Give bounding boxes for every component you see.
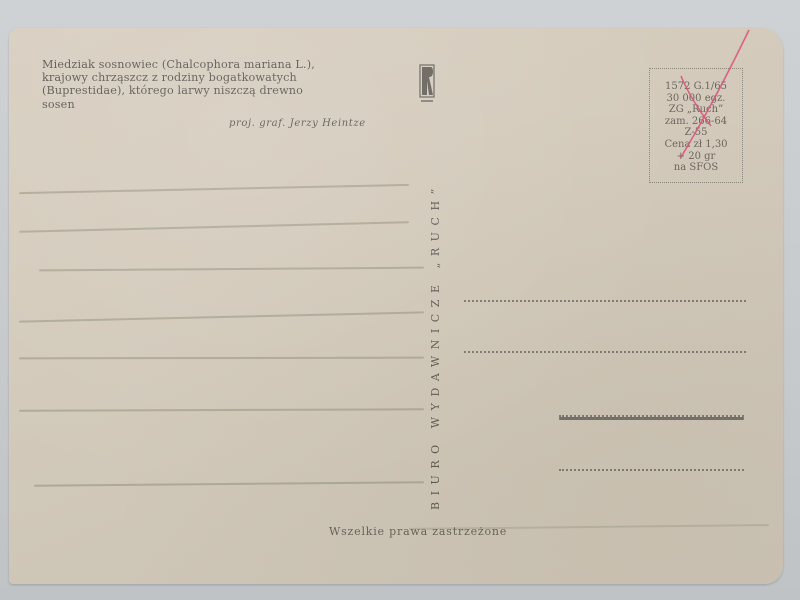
rights-notice: Wszelkie prawa zastrzeżone: [329, 525, 507, 538]
address-line-4: [559, 469, 744, 471]
species-caption: Miedziak sosnowiec (Chalcophora mariana …: [42, 58, 402, 111]
caption-line: Miedziak sosnowiec (Chalcophora mariana …: [42, 58, 402, 71]
print-info-line: + 20 gr: [650, 151, 742, 163]
publisher-vertical-text: BIURO WYDAWNICZE „RUCH”: [429, 182, 442, 510]
ruch-logo-icon: [419, 64, 435, 104]
address-line-2: [464, 351, 746, 353]
postcard-back: Miedziak sosnowiec (Chalcophora mariana …: [9, 28, 783, 584]
crease-line: [19, 311, 424, 322]
crease-line: [19, 357, 424, 359]
print-info-line: zam. 266-64: [650, 116, 742, 128]
caption-line: krajowy chrząszcz z rodziny bogatkowatyc…: [42, 71, 402, 84]
print-info-line: Z-55: [650, 127, 742, 139]
print-info-line: 1572 G.1/65: [650, 81, 742, 93]
print-info-lines: 1572 G.1/65 30 000 egz. ZG „Ruch” zam. 2…: [650, 81, 742, 174]
crease-line: [19, 408, 424, 411]
caption-line: sosen: [42, 98, 402, 111]
address-line-1: [464, 300, 746, 302]
caption-line: (Buprestidae), którego larwy niszczą dre…: [42, 84, 402, 97]
crease-line: [34, 481, 424, 486]
address-underline: [559, 417, 744, 420]
stamp-info-box: 1572 G.1/65 30 000 egz. ZG „Ruch” zam. 2…: [649, 68, 743, 183]
print-info-line: na SFOS: [650, 162, 742, 174]
print-info-line: ZG „Ruch”: [650, 104, 742, 116]
crease-line: [39, 267, 424, 271]
designer-credit: proj. graf. Jerzy Heintze: [229, 118, 366, 129]
print-info-line: Cena zł 1,30: [650, 139, 742, 151]
print-info-line: 30 000 egz.: [650, 93, 742, 105]
crease-line: [19, 184, 409, 194]
crease-line: [19, 221, 409, 232]
